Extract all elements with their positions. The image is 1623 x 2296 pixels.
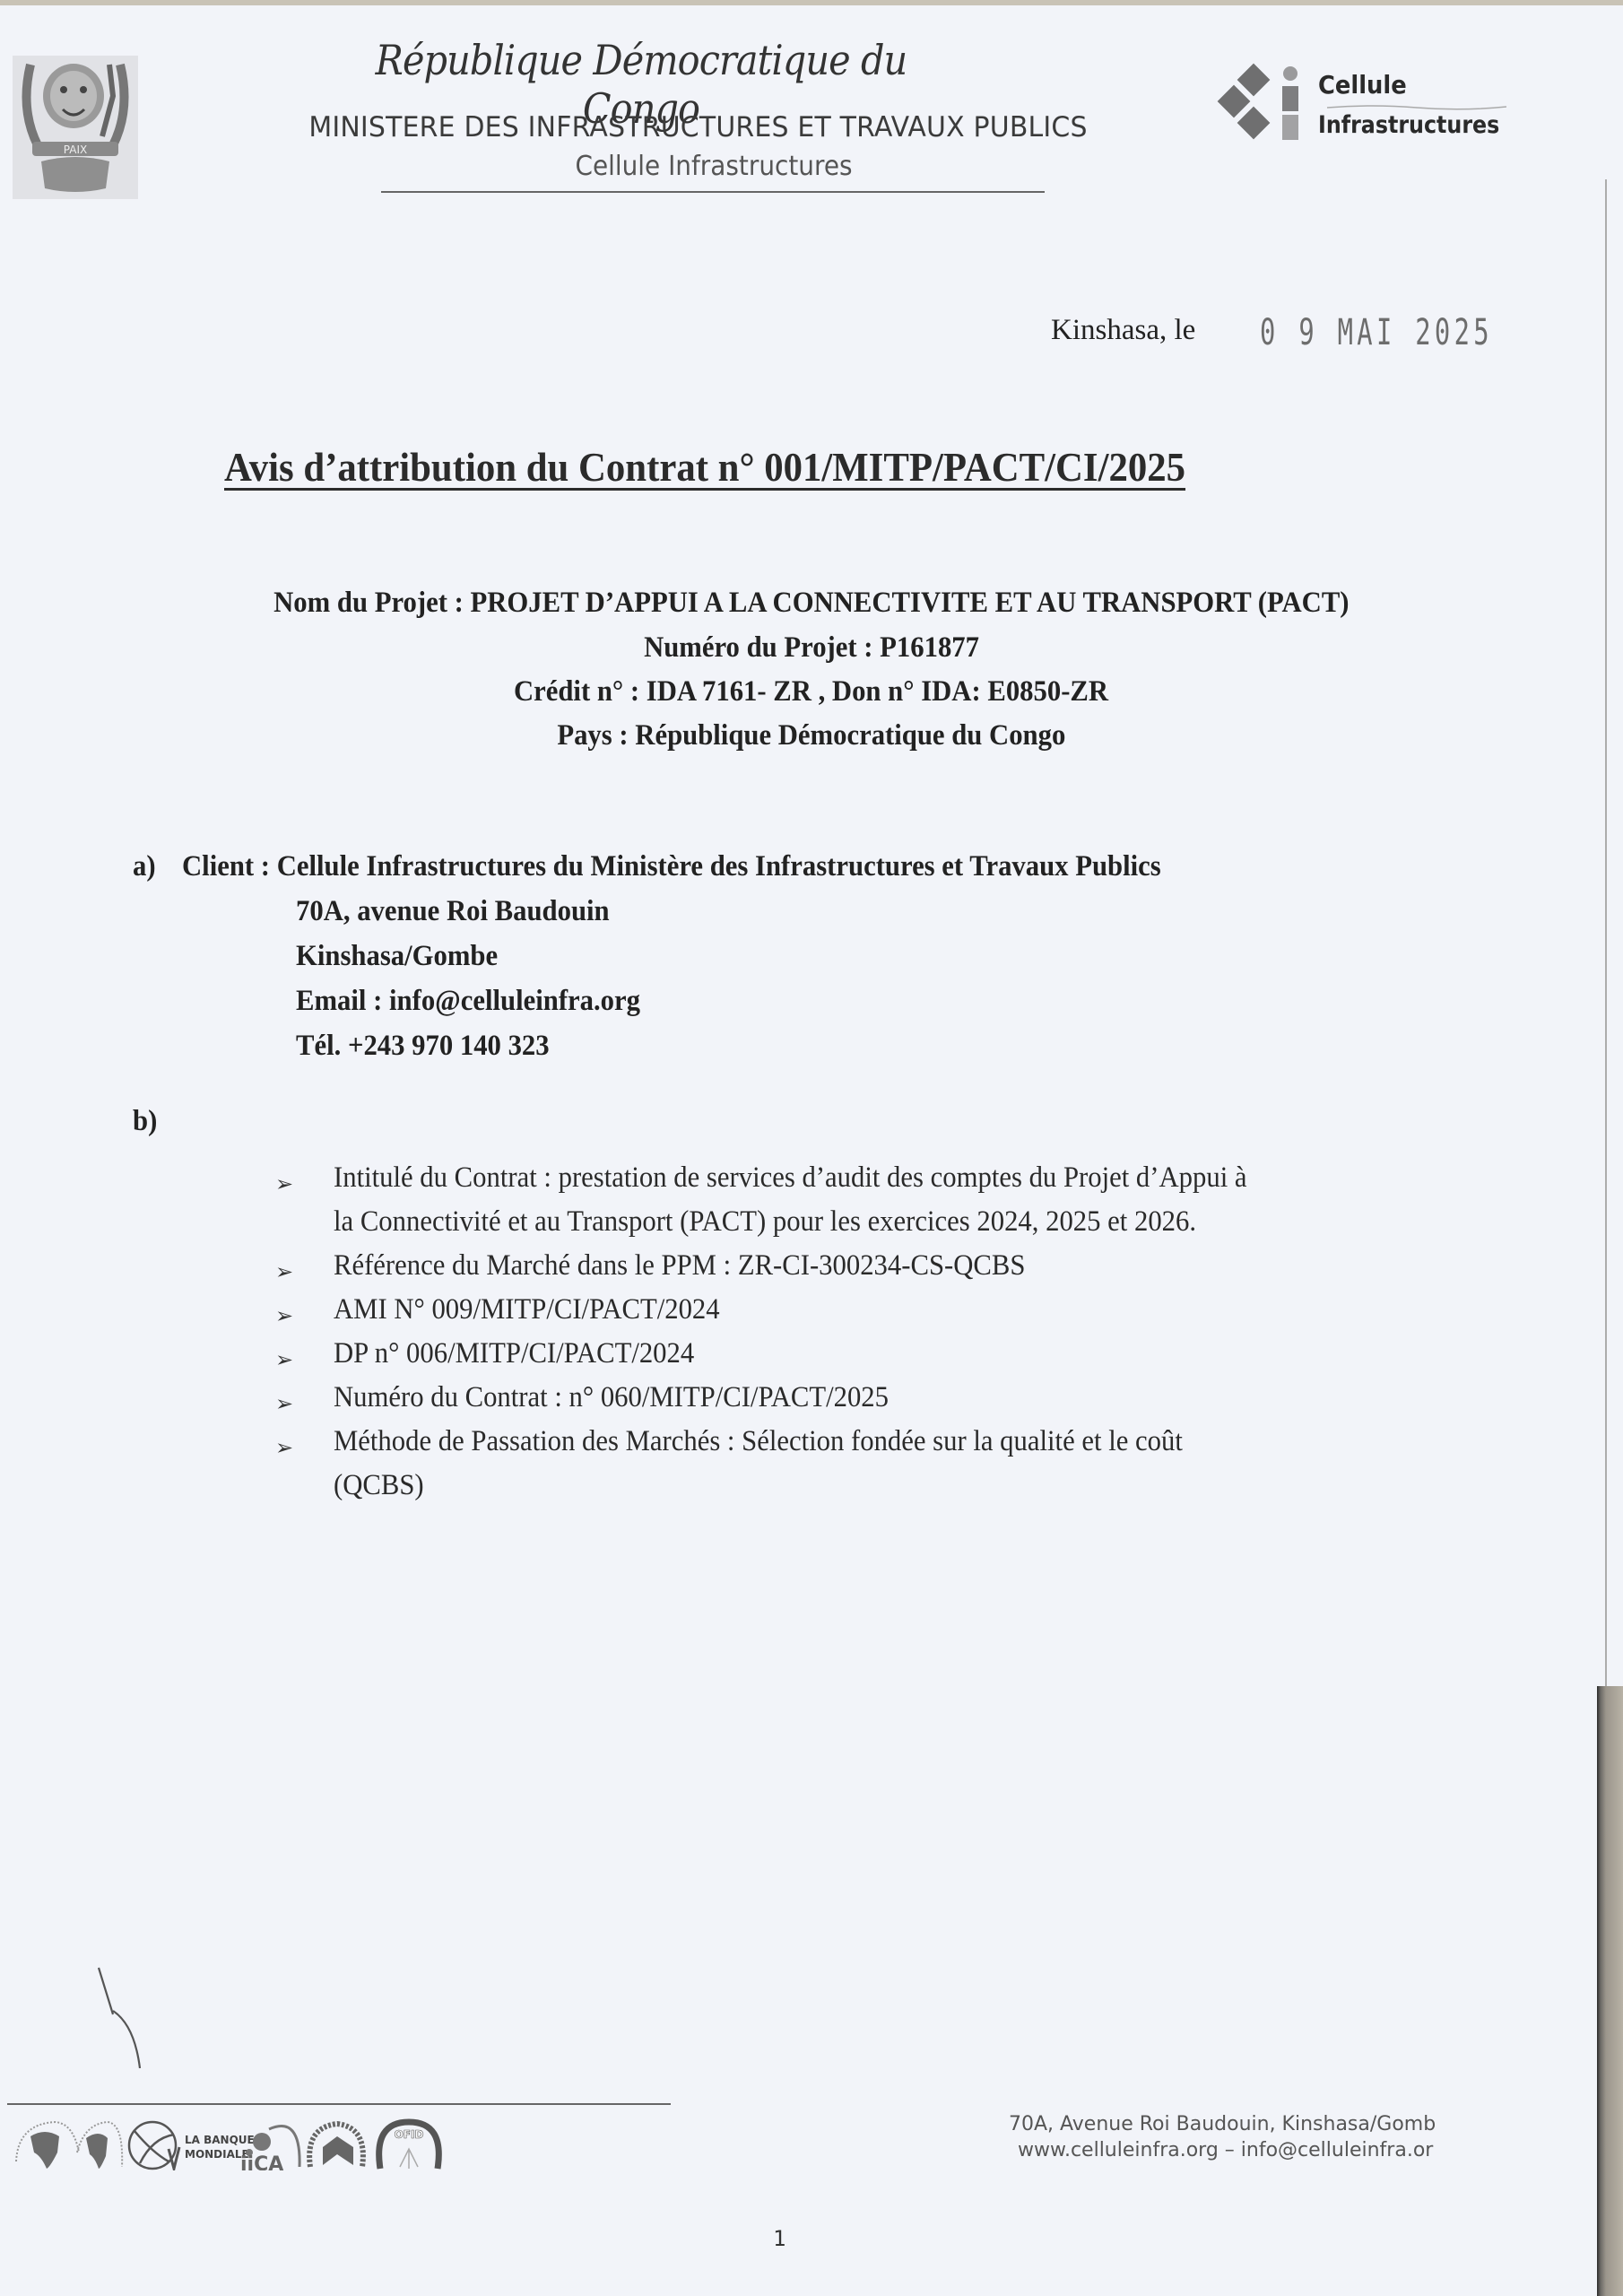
world-bank-logo-icon: LA BANQUE MONDIALE xyxy=(129,2122,255,2169)
logo-wave-decoration xyxy=(1327,104,1506,111)
project-country: Pays : République Démocratique du Congo xyxy=(0,719,1623,752)
logo-text-line2: Infrastructures xyxy=(1318,111,1499,139)
client-email: Email : info@celluleinfra.org xyxy=(296,985,640,1018)
african-union-logo-icon xyxy=(16,2122,79,2169)
unit-name: Cellule Infrastructures xyxy=(297,151,1131,182)
client-address-city: Kinshasa/Gombe xyxy=(296,940,498,973)
project-name: Nom du Projet : PROJET D’APPUI A LA CONN… xyxy=(0,587,1623,620)
arrow-bullet-icon: ➢ xyxy=(275,1435,293,1460)
date-stamp: 0 9 MAI 2025 xyxy=(1260,312,1493,353)
client-address-street: 70A, avenue Roi Baudouin xyxy=(296,895,610,928)
iica-logo-icon: iiCA xyxy=(240,2126,299,2170)
project-number: Numéro du Projet : P161877 xyxy=(0,631,1623,665)
svg-text:MONDIALE: MONDIALE xyxy=(185,2148,249,2161)
svg-text:PAIX: PAIX xyxy=(64,143,87,156)
arrow-bullet-icon: ➢ xyxy=(275,1171,293,1196)
section-a-marker: a) xyxy=(133,850,156,883)
document-page: PAIX République Démocratique du Congo MI… xyxy=(0,0,1623,2296)
footer-address: 70A, Avenue Roi Baudouin, Kinshasa/Gomb xyxy=(1009,2113,1436,2135)
section-b-marker: b) xyxy=(133,1105,157,1138)
svg-text:iiCA: iiCA xyxy=(240,2153,283,2170)
scan-right-edge xyxy=(1605,179,1607,1704)
client-phone: Tél. +243 970 140 323 xyxy=(296,1030,550,1063)
partner-logos: LA BANQUE MONDIALE iiCA OFID xyxy=(9,2117,655,2170)
svg-text:OFID: OFID xyxy=(395,2128,424,2141)
arrow-bullet-icon: ➢ xyxy=(275,1259,293,1284)
client-name: Client : Cellule Infrastructures du Mini… xyxy=(182,850,1161,883)
arrow-bullet-icon: ➢ xyxy=(275,1391,293,1416)
scan-top-edge xyxy=(0,0,1623,5)
footer-divider xyxy=(7,2103,671,2105)
arab-fund-logo-icon xyxy=(309,2124,363,2167)
ministry-name: MINISTERE DES INFRASTRUCTURES ET TRAVAUX… xyxy=(265,111,1131,143)
svg-text:LA BANQUE: LA BANQUE xyxy=(185,2134,255,2146)
ofid-logo-icon: OFID xyxy=(379,2122,439,2169)
arrow-bullet-icon: ➢ xyxy=(275,1347,293,1372)
page-number: 1 xyxy=(773,2226,785,2251)
date-label: Kinshasa, le xyxy=(1051,314,1195,347)
scan-edge-shadow xyxy=(1597,1686,1623,2296)
document-title: Avis d’attribution du Contrat n° 001/MIT… xyxy=(224,443,1185,491)
cellule-infrastructures-logo: Cellule Infrastructures xyxy=(1215,63,1520,152)
footer-web-email: www.celluleinfra.org – info@celluleinfra… xyxy=(1018,2139,1433,2161)
logo-text-line1: Cellule xyxy=(1318,70,1407,100)
handwritten-initial xyxy=(72,1955,152,2072)
african-development-bank-logo-icon xyxy=(77,2122,122,2169)
project-credit: Crédit n° : IDA 7161- ZR , Don n° IDA: E… xyxy=(0,675,1623,709)
header-divider xyxy=(381,191,1045,193)
coat-of-arms-icon: PAIX xyxy=(13,56,138,199)
cellule-logo-icon xyxy=(1215,63,1314,152)
arrow-bullet-icon: ➢ xyxy=(275,1303,293,1328)
